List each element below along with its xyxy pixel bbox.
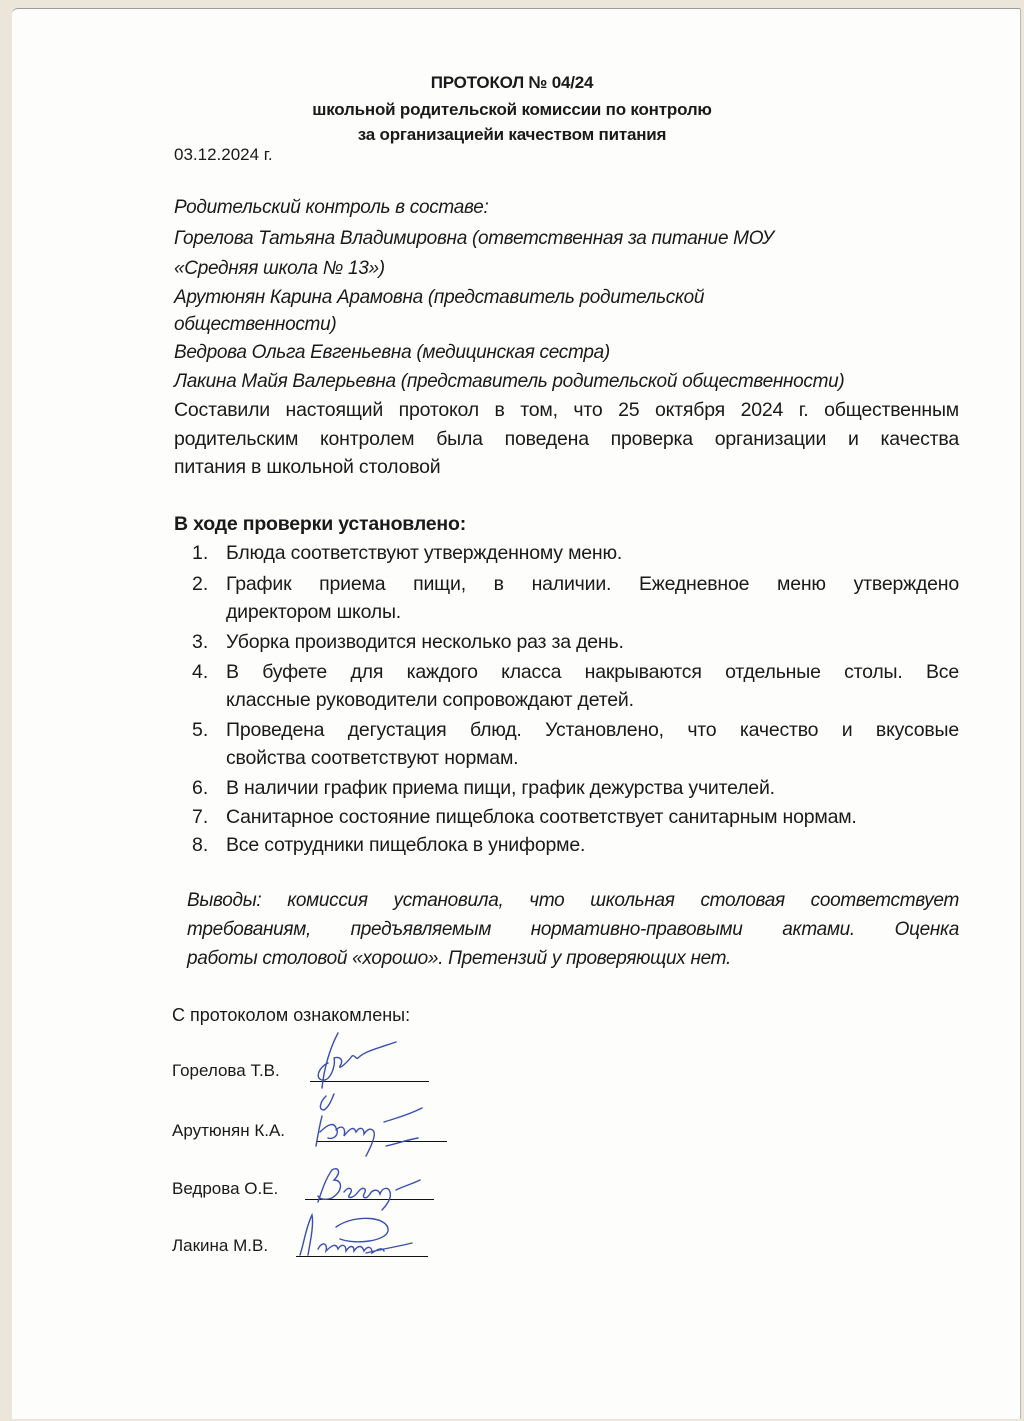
signature-gorelova-icon [300,1028,410,1093]
protocol-subtitle-2: за организациейи качеством питания [0,125,1024,145]
signer-name: Лакина М.В. [172,1236,268,1256]
signature-lakina-icon [296,1205,416,1265]
composition-line: «Средняя школа № 13») [174,258,385,280]
composition-line: Арутюнян Карина Арамовна (представитель … [174,287,704,309]
item-number: 8. [192,834,208,857]
scanned-page [12,8,1021,1419]
item-number: 4. [192,661,208,684]
intro-line: питания в школьной столовой [174,456,441,479]
signatures-heading: С протоколом ознакомлены: [172,1005,410,1026]
composition-line: общественности) [174,314,336,336]
composition-line: Ведрова Ольга Евгеньевна (медицинская се… [174,342,610,364]
composition-heading: Родительский контроль в составе: [174,197,488,219]
composition-line: Горелова Татьяна Владимировна (ответстве… [174,228,774,250]
composition-line: Лакина Майя Валерьевна (представитель ро… [174,371,844,393]
finding-item-cont: классные руководители сопровождают детей… [226,689,634,712]
finding-item: График приема пищи, в наличии. Ежедневно… [226,573,959,596]
finding-item-cont: свойства соответствуют нормам. [226,747,518,770]
item-number: 5. [192,719,208,742]
protocol-subtitle-1: школьной родительской комиссии по контро… [0,100,1024,120]
protocol-title: ПРОТОКОЛ № 04/24 [0,73,1024,93]
item-number: 6. [192,777,208,800]
conclusion-line: работы столовой «хорошо». Претензий у пр… [187,948,731,970]
intro-line: родительским контролем была поведена про… [174,428,959,451]
item-number: 1. [192,542,208,565]
signer-name: Арутюнян К.А. [172,1121,285,1141]
finding-item: Блюда соответствуют утвержденному меню. [226,542,622,565]
item-number: 3. [192,631,208,654]
signer-name: Горелова Т.В. [172,1061,280,1081]
finding-item: Санитарное состояние пищеблока соответст… [226,806,857,829]
item-number: 7. [192,806,208,829]
item-number: 2. [192,573,208,596]
finding-item: Уборка производится несколько раз за ден… [226,631,624,654]
signature-arutyunyan-icon [306,1088,426,1158]
finding-item: В наличии график приема пищи, график деж… [226,777,775,800]
finding-item: Все сотрудники пищеблока в униформе. [226,834,585,857]
findings-heading: В ходе проверки установлено: [174,513,466,536]
finding-item-cont: директором школы. [226,601,401,624]
finding-item: Проведена дегустация блюд. Установлено, … [226,719,959,742]
conclusion-line: Выводы: комиссия установила, что школьна… [187,890,959,912]
signer-name: Ведрова О.Е. [172,1179,278,1199]
conclusion-line: требованиям, предъявляемым нормативно-пр… [187,919,959,941]
protocol-date: 03.12.2024 г. [174,145,273,165]
finding-item: В буфете для каждого класса накрываются … [226,661,959,684]
intro-line: Составили настоящий протокол в том, что … [174,399,959,422]
